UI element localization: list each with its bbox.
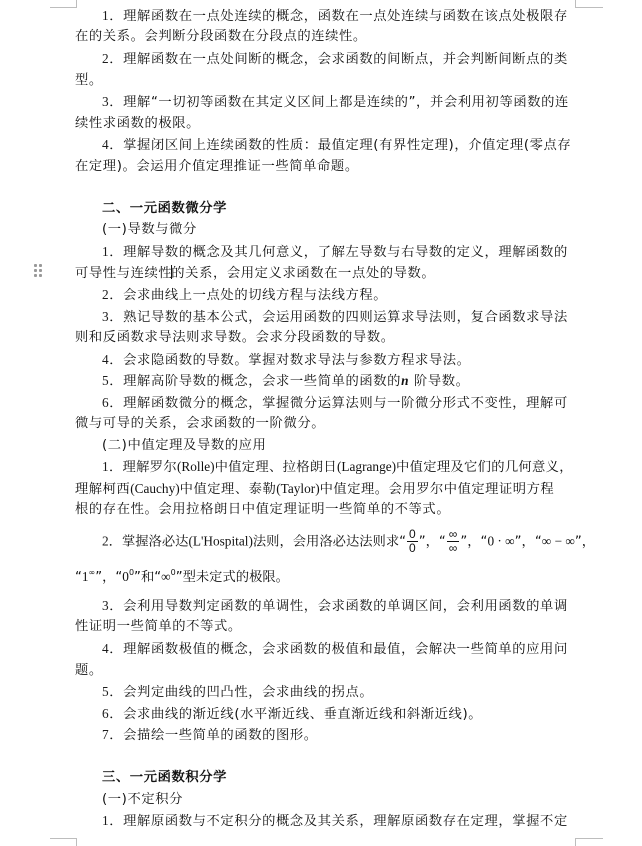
page-corner-mark-bottom-left (50, 838, 77, 846)
paragraph-line: 可导性与连续性的关系，会用定义求函数在一点处的导数。 (75, 265, 580, 282)
paragraph-line: 3．理解“一切初等函数在其定义区间上都是连续的”，并会利用初等函数的连 (102, 94, 607, 111)
paragraph-line: 2．掌握洛必达(L'Hospital)法则，会用洛必达法则求“00”，“∞∞”，… (102, 528, 607, 555)
paragraph-line: 1．理解导数的概念及其几何意义，了解左导数与右导数的定义，理解函数的 (102, 244, 607, 261)
subsection-title: (一)不定积分 (102, 792, 607, 808)
paragraph-line: 4．掌握闭区间上连续函数的性质：最值定理(有界性定理)，介值定理(零点存 (102, 137, 607, 154)
subsection-title: (一)导数与微分 (102, 222, 607, 238)
paragraph-line: 微与可导的关系，会求函数的一阶微分。 (75, 416, 580, 432)
paragraph-line: 续性求函数的极限。 (75, 116, 580, 132)
paragraph-line: 根的存在性。会用拉格朗日中值定理证明一些简单的不等式。 (75, 502, 580, 518)
drag-handle-icon[interactable] (34, 264, 44, 278)
subsection-title: (二)中值定理及导数的应用 (102, 438, 607, 454)
paragraph-line: 1．理解原函数与不定积分的概念及其关系，理解原函数存在定理，掌握不定 (102, 813, 607, 830)
fraction-inf-over-inf: ∞∞ (447, 528, 460, 555)
paragraph-line: 1．理解函数在一点处连续的概念，函数在一点处连续与函数在该点处极限存 (102, 8, 607, 25)
paragraph-line: “1∞”，“00”和“∞0”型未定式的极限。 (75, 569, 580, 586)
paragraph-line: 3．熟记导数的基本公式，会运用函数的四则运算求导法则，复合函数求导法 (102, 309, 607, 326)
section-heading: 二、一元函数微分学 (102, 201, 607, 217)
paragraph-line: 在的关系。会判断分段函数在分段点的连续性。 (75, 29, 580, 45)
section-heading: 三、一元函数积分学 (102, 770, 607, 786)
paragraph-line: 题。 (75, 663, 580, 679)
paragraph-line: 型。 (75, 73, 580, 89)
paragraph-line: 6．理解函数微分的概念，掌握微分运算法则与一阶微分形式不变性，理解可 (102, 395, 607, 412)
paragraph-line: 1．理解罗尔(Rolle)中值定理、拉格朗日(Lagrange)中值定理及它们的… (102, 459, 607, 476)
paragraph-line: 5．理解高阶导数的概念，会求一些简单的函数的n 阶导数。 (102, 373, 607, 390)
page-corner-mark-top-right (575, 0, 603, 8)
paragraph-line: 3．会利用导数判定函数的单调性，会求函数的单调区间，会利用函数的单调 (102, 598, 607, 615)
paragraph-line: 性证明一些简单的不等式。 (75, 619, 580, 635)
paragraph-line: 5．会判定曲线的凹凸性，会求曲线的拐点。 (102, 684, 607, 701)
paragraph-line: 7．会描绘一些简单的函数的图形。 (102, 727, 607, 744)
paragraph-line: 4．理解函数极值的概念，会求函数的极值和最值，会解决一些简单的应用问 (102, 641, 607, 658)
page-corner-mark-bottom-right (575, 838, 603, 846)
paragraph-line: 则和反函数求导法则求导数。会求分段函数的导数。 (75, 330, 580, 346)
paragraph-line: 2．理解函数在一点处间断的概念，会求函数的间断点，并会判断间断点的类 (102, 51, 607, 68)
fraction-zero-over-zero: 00 (407, 528, 418, 555)
document-page: 1．理解函数在一点处连续的概念，函数在一点处连续与函数在该点处极限存 在的关系。… (0, 0, 642, 846)
page-corner-mark-top-left (50, 0, 77, 8)
paragraph-line: 在定理)。会运用介值定理推证一些简单命题。 (75, 159, 580, 175)
paragraph-line: 理解柯西(Cauchy)中值定理、泰勒(Taylor)中值定理。会用罗尔中值定理… (75, 481, 580, 498)
paragraph-line: 6．会求曲线的渐近线(水平渐近线、垂直渐近线和斜渐近线)。 (102, 706, 607, 723)
paragraph-line: 2．会求曲线上一点处的切线方程与法线方程。 (102, 287, 607, 304)
paragraph-line: 4．会求隐函数的导数。掌握对数求导法与参数方程求导法。 (102, 352, 607, 369)
